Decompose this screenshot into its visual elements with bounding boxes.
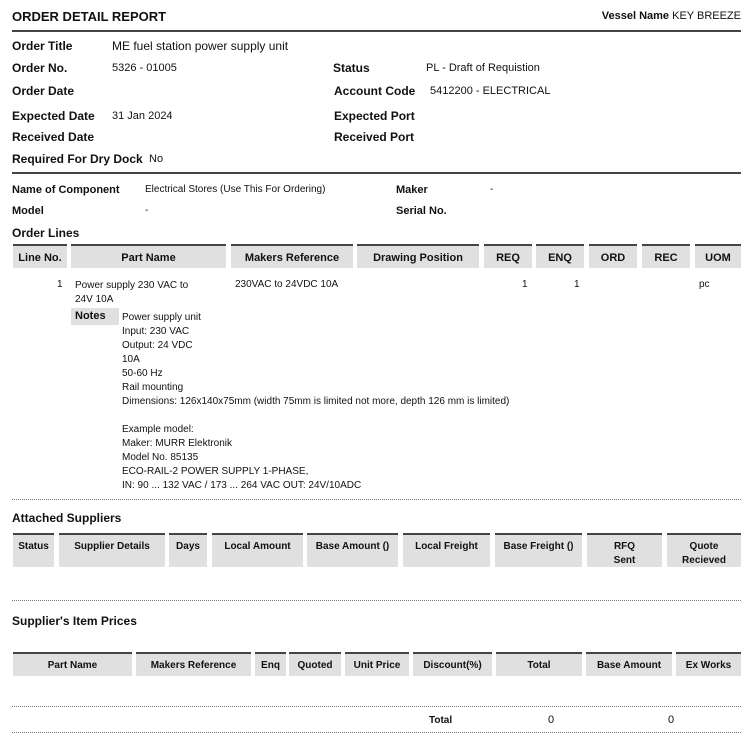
- line-no: 1: [57, 279, 63, 290]
- col-part-name: Part Name: [71, 244, 226, 268]
- notes-text: Power supply unit Input: 230 VAC Output:…: [122, 311, 509, 493]
- col-base-freight: Base Freight (): [495, 533, 582, 567]
- col-uom: UOM: [695, 244, 741, 268]
- req-value: 1: [522, 279, 528, 290]
- col-enq: ENQ: [536, 244, 584, 268]
- col-base-amount: Base Amount: [586, 652, 672, 676]
- status-value: PL - Draft of Requistion: [426, 62, 540, 74]
- section-divider: [12, 172, 741, 174]
- uom-value: pc: [699, 279, 710, 290]
- component-name-label: Name of Component: [12, 184, 120, 196]
- col-days: Days: [169, 533, 207, 567]
- enq-value: 1: [574, 279, 580, 290]
- col-quote-received: Quote Recieved: [667, 533, 741, 567]
- col-local-freight: Local Freight: [403, 533, 490, 567]
- maker-label: Maker: [396, 184, 428, 196]
- part-name-line-1: Power supply 230 VAC to: [75, 279, 188, 293]
- col-rec: REC: [642, 244, 690, 268]
- received-date-label: Received Date: [12, 130, 94, 144]
- attached-suppliers-heading: Attached Suppliers: [12, 511, 121, 525]
- component-name-value: Electrical Stores (Use This For Ordering…: [145, 184, 325, 195]
- col-supplier-details: Supplier Details: [59, 533, 165, 567]
- account-code-label: Account Code: [334, 84, 415, 98]
- order-title-value: ME fuel station power supply unit: [112, 39, 288, 53]
- total-value: 0: [548, 714, 554, 726]
- col-req: REQ: [484, 244, 532, 268]
- col-enq: Enq: [255, 652, 286, 676]
- order-title-label: Order Title: [12, 39, 72, 53]
- dotted-divider: [12, 706, 741, 707]
- order-date-label: Order Date: [12, 84, 74, 98]
- item-prices-heading: Supplier's Item Prices: [12, 614, 137, 628]
- makers-reference: 230VAC to 24VDC 10A: [235, 279, 338, 290]
- col-part-name: Part Name: [13, 652, 132, 676]
- dotted-divider: [12, 732, 741, 733]
- base-amount-total: 0: [668, 714, 674, 726]
- part-name: Power supply 230 VAC to 24V 10A: [75, 279, 188, 307]
- part-name-line-2: 24V 10A: [75, 293, 188, 307]
- col-base-amount: Base Amount (): [307, 533, 398, 567]
- col-ex-works: Ex Works: [676, 652, 741, 676]
- dotted-divider: [12, 499, 741, 500]
- col-unit-price: Unit Price: [345, 652, 409, 676]
- col-total: Total: [496, 652, 582, 676]
- col-ord: ORD: [589, 244, 637, 268]
- col-makers-reference: Makers Reference: [136, 652, 251, 676]
- model-label: Model: [12, 205, 44, 217]
- col-discount: Discount(%): [413, 652, 492, 676]
- expected-port-label: Expected Port: [334, 109, 415, 123]
- report-title: ORDER DETAIL REPORT: [12, 9, 166, 24]
- header-divider: [12, 30, 741, 32]
- vessel-name-value: KEY BREEZE: [672, 10, 741, 22]
- order-no-label: Order No.: [12, 61, 67, 75]
- col-local-amount: Local Amount: [212, 533, 303, 567]
- col-rfq-sent: RFQ Sent: [587, 533, 662, 567]
- total-label: Total: [429, 715, 452, 726]
- col-drawing-position: Drawing Position: [357, 244, 479, 268]
- account-code-value: 5412200 - ELECTRICAL: [430, 85, 550, 97]
- status-label: Status: [333, 61, 370, 75]
- vessel-name-label: Vessel Name: [602, 10, 669, 22]
- expected-date-value: 31 Jan 2024: [112, 110, 173, 122]
- order-no-value: 5326 - 01005: [112, 62, 177, 74]
- dotted-divider: [12, 600, 741, 601]
- dry-dock-value: No: [149, 153, 163, 165]
- col-line-no: Line No.: [13, 244, 67, 268]
- col-quoted: Quoted: [289, 652, 341, 676]
- expected-date-label: Expected Date: [12, 109, 95, 123]
- col-makers-reference: Makers Reference: [231, 244, 353, 268]
- received-port-label: Received Port: [334, 130, 414, 144]
- notes-label: Notes: [71, 308, 119, 325]
- maker-value: -: [490, 184, 493, 195]
- col-status: Status: [13, 533, 54, 567]
- model-value: -: [145, 205, 148, 216]
- dry-dock-label: Required For Dry Dock: [12, 152, 143, 166]
- serial-no-label: Serial No.: [396, 205, 447, 217]
- order-lines-heading: Order Lines: [12, 226, 79, 240]
- vessel-name: Vessel Name KEY BREEZE: [602, 10, 741, 22]
